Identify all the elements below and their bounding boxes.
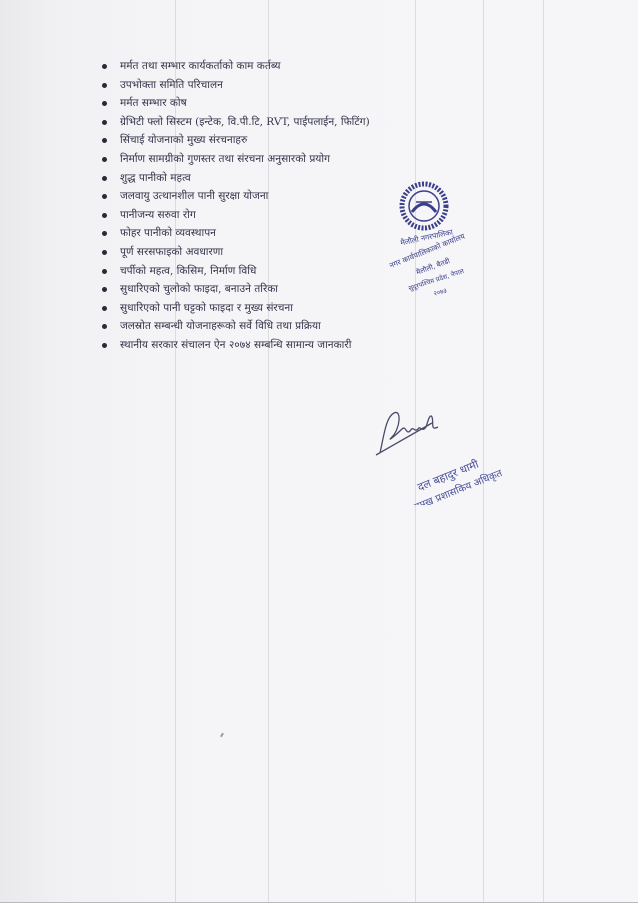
- bullet-icon: [102, 176, 107, 181]
- list-item-text: पानीजन्य सरुवा रोग: [120, 209, 196, 221]
- bullet-icon: [102, 101, 107, 106]
- list-item: निर्माण सामग्रीको गुणस्तर तथा संरचना अनु…: [98, 150, 370, 169]
- list-item-text: सुधारिएको पानी घट्टको फाइदा र मुख्य संरच…: [120, 302, 293, 314]
- list-item: ग्रेभिटी फ्लो सिस्टम (इन्टेक, वि.पी.टि, …: [98, 113, 370, 132]
- list-item: मर्मत तथा सम्भार कार्यकर्ताको काम कर्तब्…: [98, 57, 370, 76]
- topic-list: मर्मत तथा सम्भार कार्यकर्ताको काम कर्तब्…: [98, 57, 370, 355]
- list-item-text: पूर्ण सरसफाइको अवधारणा: [120, 246, 223, 258]
- page-edge: [0, 902, 638, 910]
- list-item: पूर्ण सरसफाइको अवधारणा: [98, 243, 370, 262]
- bullet-icon: [102, 287, 107, 292]
- list-item-text: चर्पीको महत्व, किसिम, निर्माण विधि: [120, 265, 256, 277]
- list-item-text: स्थानीय सरकार संचालन ऐन २०७४ सम्बन्धि सा…: [120, 339, 351, 351]
- bullet-icon: [102, 306, 107, 311]
- office-seal: मैलौली नगरपालिका नगर कार्यपालिकाको कार्य…: [386, 176, 486, 316]
- list-item-text: निर्माण सामग्रीको गुणस्तर तथा संरचना अनु…: [120, 153, 330, 165]
- bullet-icon: [102, 250, 107, 255]
- signature-icon: [376, 412, 438, 455]
- list-item-text: मर्मत सम्भार कोष: [120, 97, 187, 109]
- bullet-icon: [102, 213, 107, 218]
- list-item-text: सिंचाई योजनाको मुख्य संरचनाहरु: [120, 134, 247, 146]
- list-item-text: उपभोक्ता समिति परिचालन: [120, 79, 223, 91]
- bullet-icon: [102, 343, 107, 348]
- list-item: शुद्ध पानीको महत्व: [98, 169, 370, 188]
- list-item: सुधारिएको पानी घट्टको फाइदा र मुख्य संरच…: [98, 299, 370, 318]
- scanned-page: मर्मत तथा सम्भार कार्यकर्ताको काम कर्तब्…: [0, 0, 638, 902]
- list-item: फोहर पानीको व्यवस्थापन: [98, 224, 370, 243]
- list-item-text: शुद्ध पानीको महत्व: [120, 172, 191, 184]
- bullet-icon: [102, 120, 107, 125]
- list-item: जलस्रोत सम्बन्धी योजनाहरूको सर्वे विधि त…: [98, 317, 370, 336]
- seal-emblem-icon: मैलौली नगरपालिका नगर कार्यपालिकाको कार्य…: [386, 176, 486, 316]
- list-item-text: जलवायु उत्थानशील पानी सुरक्षा योजना: [120, 190, 268, 202]
- list-item: पानीजन्य सरुवा रोग: [98, 206, 370, 225]
- list-item: चर्पीको महत्व, किसिम, निर्माण विधि: [98, 262, 370, 281]
- svg-text:२०७३: २०७३: [433, 287, 448, 298]
- list-item-text: जलस्रोत सम्बन्धी योजनाहरूको सर्वे विधि त…: [120, 320, 321, 332]
- bullet-icon: [102, 138, 107, 143]
- list-item: सुधारिएको चुलोको फाइदा, बनाउने तरिका: [98, 280, 370, 299]
- list-item: स्थानीय सरकार संचालन ऐन २०७४ सम्बन्धि सा…: [98, 336, 370, 355]
- signature-stamp: दल बहादुर धामी प्रमुख प्रशासकिय अधिकृत: [372, 395, 522, 505]
- scan-line: [543, 0, 544, 902]
- bullet-icon: [102, 194, 107, 199]
- scan-speck: [220, 733, 224, 737]
- bullet-icon: [102, 269, 107, 274]
- bullet-icon: [102, 231, 107, 236]
- list-item: सिंचाई योजनाको मुख्य संरचनाहरु: [98, 131, 370, 150]
- list-item: उपभोक्ता समिति परिचालन: [98, 76, 370, 95]
- list-item: मर्मत सम्भार कोष: [98, 94, 370, 113]
- list-item: जलवायु उत्थानशील पानी सुरक्षा योजना: [98, 187, 370, 206]
- bullet-icon: [102, 324, 107, 329]
- bullet-icon: [102, 157, 107, 162]
- list-item-text: सुधारिएको चुलोको फाइदा, बनाउने तरिका: [120, 283, 278, 295]
- bullet-icon: [102, 83, 107, 88]
- list-item-text: ग्रेभिटी फ्लो सिस्टम (इन्टेक, वि.पी.टि, …: [120, 116, 370, 128]
- list-item-text: मर्मत तथा सम्भार कार्यकर्ताको काम कर्तब्…: [120, 60, 280, 72]
- list-item-text: फोहर पानीको व्यवस्थापन: [120, 227, 216, 239]
- bullet-icon: [102, 64, 107, 69]
